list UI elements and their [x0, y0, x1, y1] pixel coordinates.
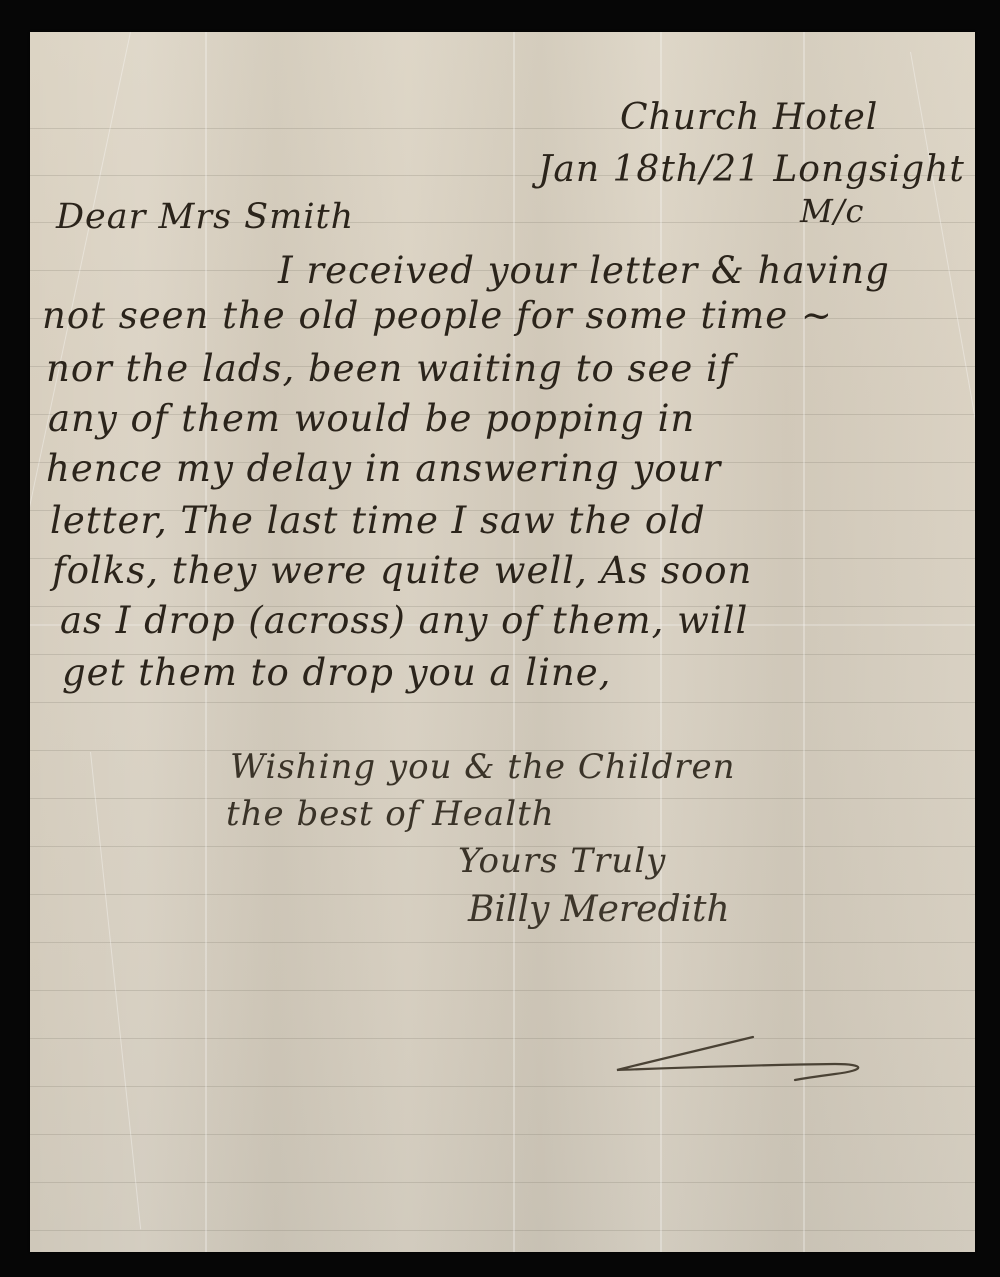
- photo-frame: Church Hotel Jan 18th/21 Longsight M/c D…: [0, 0, 1000, 1277]
- letter-date-place: Jan 18th/21 Longsight: [538, 152, 965, 188]
- letter-valediction: Yours Truly: [458, 844, 666, 878]
- letter-signature: Billy Meredith: [468, 892, 730, 928]
- letter-paper: Church Hotel Jan 18th/21 Longsight M/c D…: [30, 32, 975, 1252]
- ruled-line: [30, 1230, 975, 1231]
- letter-body-line: hence my delay in answering your: [46, 450, 721, 487]
- letter-body-line: as I drop (across) any of them, will: [60, 602, 748, 639]
- ruled-line: [30, 1182, 975, 1183]
- letter-closing-line: Wishing you & the Children: [230, 750, 736, 784]
- ruled-line: [30, 1086, 975, 1087]
- letter-closing-line: the best of Health: [226, 797, 555, 831]
- ruled-line: [30, 702, 975, 703]
- ruled-line: [30, 1134, 975, 1135]
- ruled-line: [30, 990, 975, 991]
- letter-body-line: not seen the old people for some time ~: [42, 297, 833, 334]
- letter-body-line: get them to drop you a line,: [62, 654, 611, 691]
- letter-body-line: nor the lads, been waiting to see if: [46, 350, 734, 387]
- letter-salutation: Dear Mrs Smith: [56, 200, 354, 235]
- letter-body-line: any of them would be popping in: [48, 400, 695, 437]
- letter-address: Church Hotel: [620, 100, 878, 136]
- letter-city: M/c: [800, 195, 864, 227]
- letter-body-line: folks, they were quite well, As soon: [52, 552, 752, 589]
- letter-body-line: I received your letter & having: [278, 252, 890, 289]
- letter-body-line: letter, The last time I saw the old: [50, 502, 706, 539]
- ruled-line: [30, 942, 975, 943]
- paper-crease: [910, 52, 975, 446]
- signature-flourish-icon: [605, 1032, 875, 1082]
- fold-line: [513, 32, 515, 1252]
